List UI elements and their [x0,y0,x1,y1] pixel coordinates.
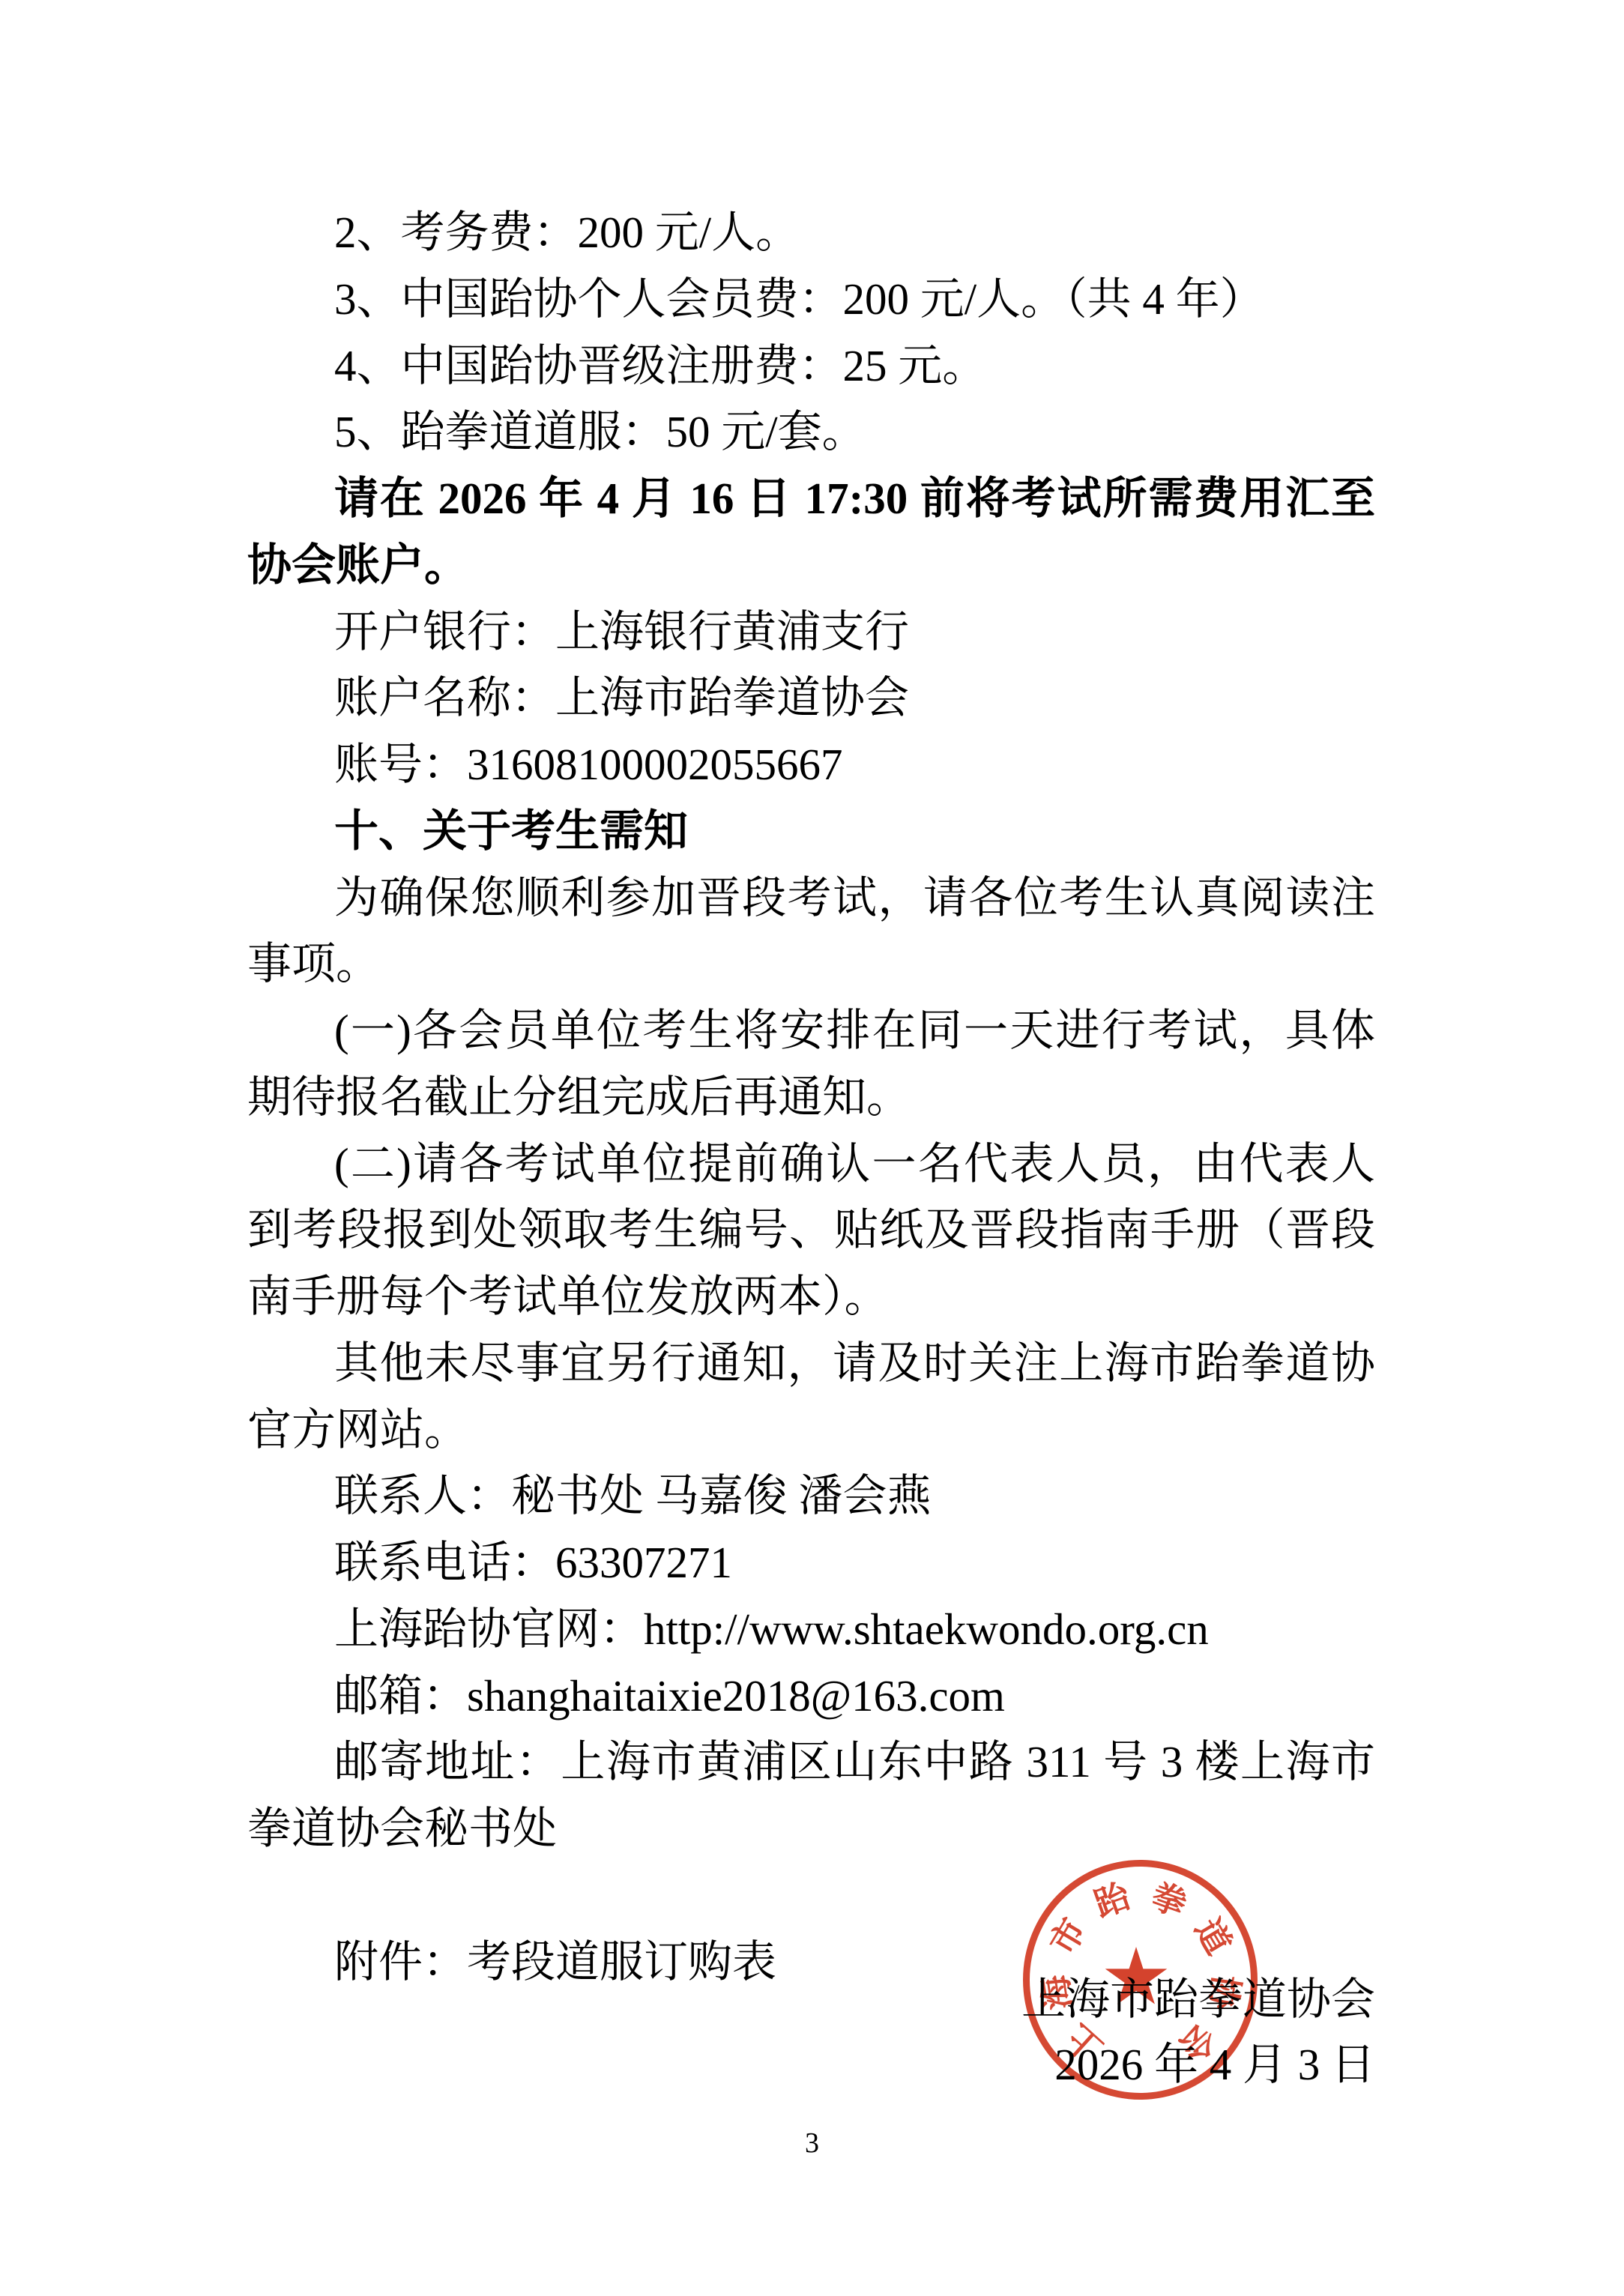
text-line: 南手册每个考试单位发放两本）。 [247,1263,1375,1330]
text-line: 十、关于考生需知 [247,798,1375,865]
text-line: 4、中国跆协晋级注册费：25 元。 [247,333,1375,399]
text-line: 邮箱：shanghaitaixie2018@163.com [247,1663,1375,1729]
text-line: 3、中国跆协个人会员费：200 元/人。（共 4 年） [247,266,1375,333]
text-line: 联系人：秘书处 马嘉俊 潘会燕 [247,1463,1375,1529]
text-line: (二)请各考试单位提前确认一名代表人员，由代表人员 [247,1131,1375,1197]
signature-organization: 上海市跆拳道协会 [1021,1976,1375,2022]
text-line: 5、跆拳道道服：50 元/套。 [247,399,1375,465]
document-page: 2、考务费：200 元/人。3、中国跆协个人会员费：200 元/人。（共 4 年… [0,0,1624,2296]
text-line: 期待报名截止分组完成后再通知。 [247,1064,1375,1131]
text-line: 上海跆协官网：http://www.shtaekwondo.org.cn [247,1596,1375,1663]
text-line: 官方网站。 [247,1397,1375,1463]
text-line: 到考段报到处领取考生编号、贴纸及晋段指南手册（晋段指 [247,1197,1375,1263]
text-line: (一)各会员单位考生将安排在同一天进行考试，具体日 [247,997,1375,1064]
text-line: 联系电话：63307271 [247,1529,1375,1596]
text-line: 请在 2026 年 4 月 16 日 17:30 前将考试所需费用汇至我 [247,465,1375,532]
text-line: 2、考务费：200 元/人。 [247,199,1375,266]
text-line: 开户银行：上海银行黄浦支行 [247,599,1375,665]
text-line [247,1862,1375,1929]
text-line: 协会账户。 [247,532,1375,599]
text-line: 账号：31608100002055667 [247,731,1375,798]
document-body: 2、考务费：200 元/人。3、中国跆协个人会员费：200 元/人。（共 4 年… [247,199,1375,1995]
text-line: 其他未尽事宜另行通知，请及时关注上海市跆拳道协会 [247,1330,1375,1397]
text-line: 拳道协会秘书处 [247,1795,1375,1862]
text-line: 邮寄地址：上海市黄浦区山东中路 311 号 3 楼上海市跆 [247,1729,1375,1795]
signature-date: 2026 年 4 月 3 日 [1054,2041,1375,2088]
text-line: 账户名称：上海市跆拳道协会 [247,665,1375,731]
page-number: 3 [0,2127,1624,2160]
text-line: 事项。 [247,931,1375,997]
text-line: 为确保您顺利参加晋段考试，请各位考生认真阅读注意 [247,865,1375,931]
